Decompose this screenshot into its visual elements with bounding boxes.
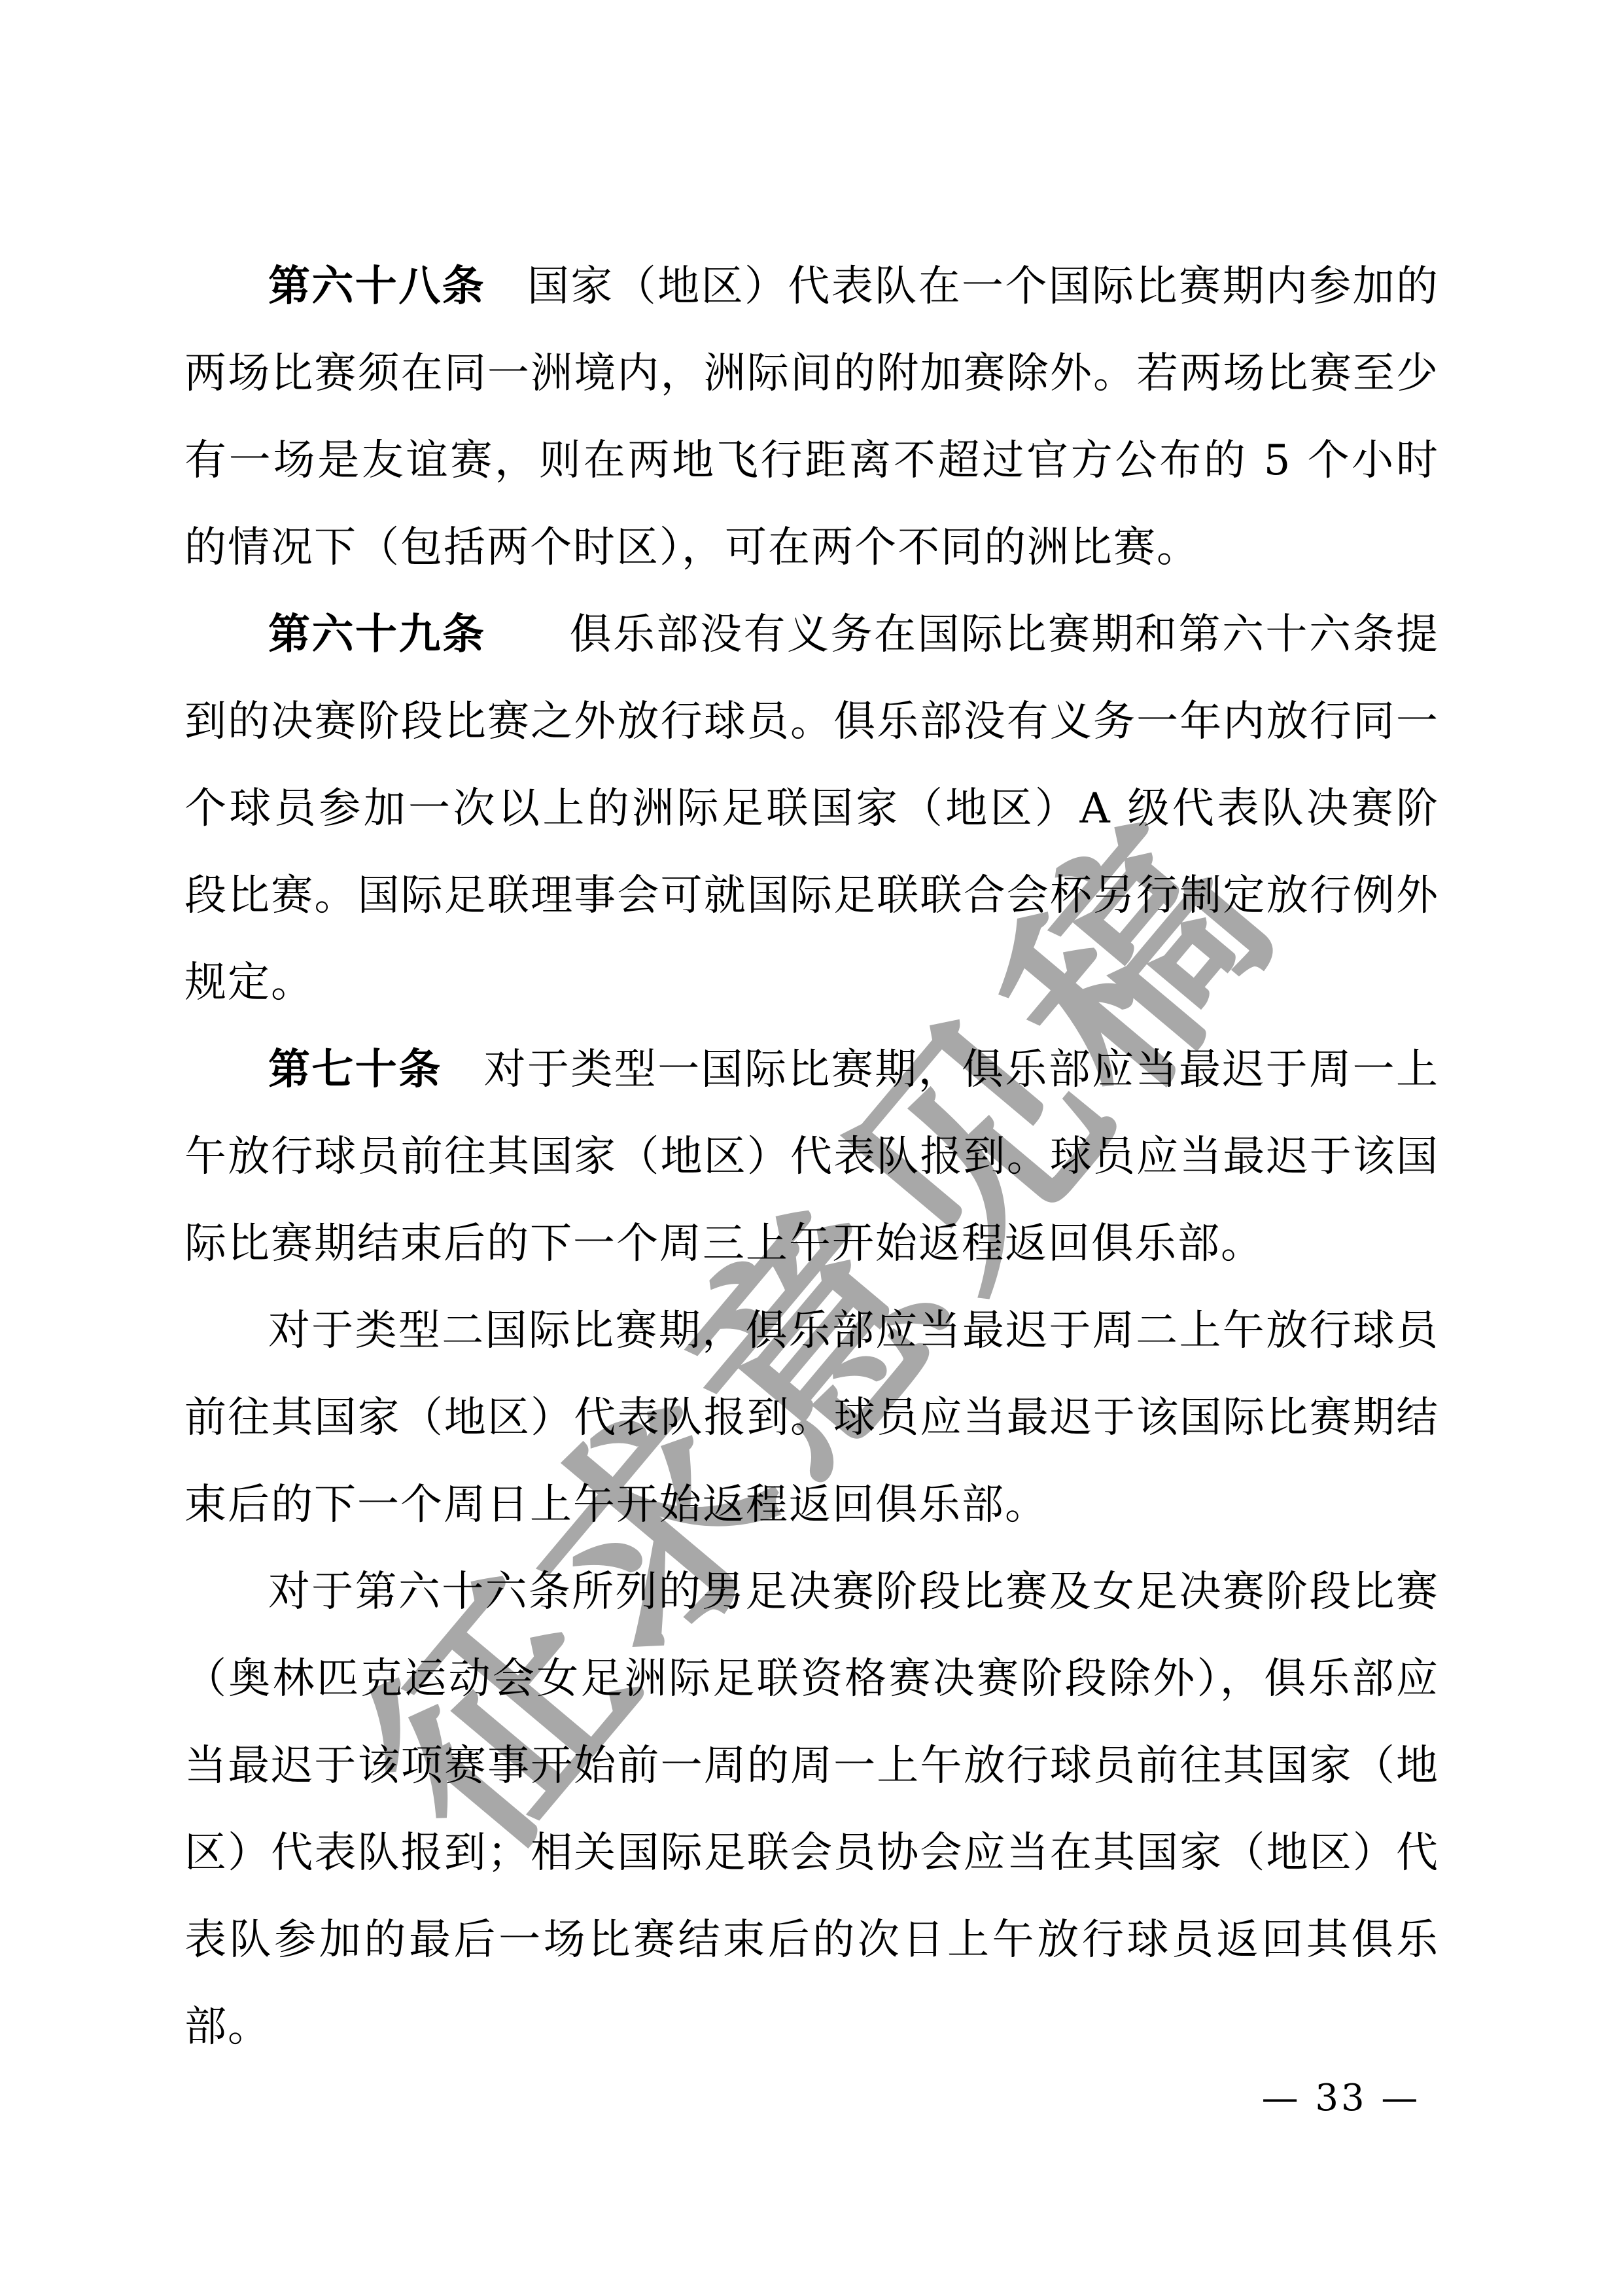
document-body: 第六十八条国家（地区）代表队在一个国际比赛期内参加的两场比赛须在同一洲境内，洲际… [184, 243, 1439, 2071]
paragraph: 对于第六十六条所列的男足决赛阶段比赛及女足决赛阶段比赛（奥林匹克运动会女足洲际足… [184, 1549, 1439, 2071]
paragraph-text: 俱乐部没有义务在国际比赛期和第六十六条提到的决赛阶段比赛之外放行球员。俱乐部没有… [184, 610, 1439, 1007]
article-number: 第六十九条 [268, 610, 486, 659]
paragraph: 第六十九条俱乐部没有义务在国际比赛期和第六十六条提到的决赛阶段比赛之外放行球员。… [184, 592, 1439, 1027]
paragraph-text: 对于类型二国际比赛期，俱乐部应当最迟于周二上午放行球员前往其国家（地区）代表队报… [184, 1307, 1439, 1529]
document-page: 征求意见稿 第六十八条国家（地区）代表队在一个国际比赛期内参加的两场比赛须在同一… [0, 0, 1623, 2296]
article-number: 第七十条 [268, 1046, 442, 1094]
article-number: 第六十八条 [268, 262, 485, 311]
paragraph: 对于类型二国际比赛期，俱乐部应当最迟于周二上午放行球员前往其国家（地区）代表队报… [184, 1288, 1439, 1549]
page-number: — 33 — [1253, 2075, 1429, 2121]
paragraph: 第六十八条国家（地区）代表队在一个国际比赛期内参加的两场比赛须在同一洲境内，洲际… [184, 243, 1439, 592]
paragraph-text: 对于第六十六条所列的男足决赛阶段比赛及女足决赛阶段比赛（奥林匹克运动会女足洲际足… [184, 1568, 1439, 2051]
paragraph: 第七十条对于类型一国际比赛期，俱乐部应当最迟于周一上午放行球员前往其国家（地区）… [184, 1027, 1439, 1288]
